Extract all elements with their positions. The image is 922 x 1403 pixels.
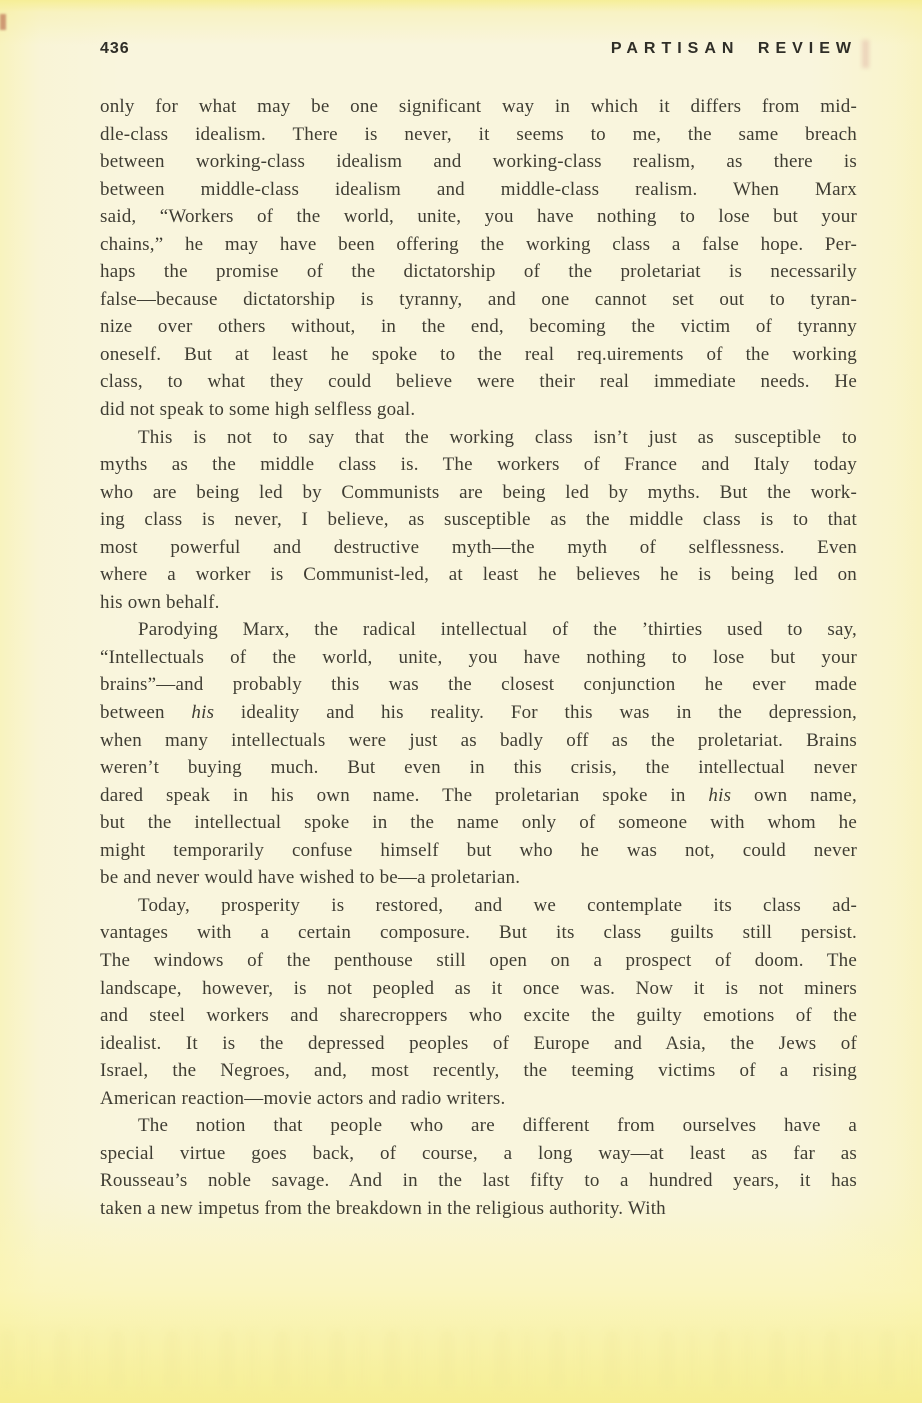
text-line: said, “Workers of the world, unite, you …	[100, 203, 857, 231]
text-line: Israel, the Negroes, and, most recently,…	[100, 1057, 857, 1085]
text-line: but the intellectual spoke in the name o…	[100, 809, 857, 837]
text-line: myths as the middle class is. The worker…	[100, 451, 857, 479]
text-line: weren’t buying much. But even in this cr…	[100, 754, 857, 782]
text-line: vantages with a certain composure. But i…	[100, 919, 857, 947]
scan-artifact-pink-smudge	[862, 40, 869, 68]
text-line: dle-class idealism. There is never, it s…	[100, 121, 857, 149]
text-line: landscape, however, is not peopled as it…	[100, 975, 857, 1003]
text-line: did not speak to some high selfless goal…	[100, 396, 857, 424]
text-line: be and never would have wished to be—a p…	[100, 864, 857, 892]
text-line: The windows of the penthouse still open …	[100, 947, 857, 975]
text-line: most powerful and destructive myth—the m…	[100, 534, 857, 562]
scan-artifact-showthrough	[0, 1330, 922, 1390]
page-body: only for what may be one significant way…	[100, 93, 857, 1222]
text-line: and steel workers and sharecroppers who …	[100, 1002, 857, 1030]
text-line: might temporarily confuse himself but wh…	[100, 837, 857, 865]
text-line: Rousseau’s noble savage. And in the last…	[100, 1167, 857, 1195]
text-line: nize over others without, in the end, be…	[100, 313, 857, 341]
text-line: dared speak in his own name. The proleta…	[100, 782, 857, 810]
text-line: false—because dictatorship is tyranny, a…	[100, 286, 857, 314]
text-line: where a worker is Communist-led, at leas…	[100, 561, 857, 589]
page-header: 436 PARTISAN REVIEW	[100, 40, 857, 58]
text-line: class, to what they could believe were t…	[100, 368, 857, 396]
text-line: his own behalf.	[100, 589, 857, 617]
text-line: who are being led by Communists are bein…	[100, 479, 857, 507]
text-line: special virtue goes back, of course, a l…	[100, 1140, 857, 1168]
page-number: 436	[100, 40, 130, 58]
text-line: ing class is never, I believe, as suscep…	[100, 506, 857, 534]
text-line: “Intellectuals of the world, unite, you …	[100, 644, 857, 672]
text-line: only for what may be one significant way…	[100, 93, 857, 121]
text-line: oneself. But at least he spoke to the re…	[100, 341, 857, 369]
text-line: Parodying Marx, the radical intellectual…	[100, 616, 857, 644]
journal-title: PARTISAN REVIEW	[611, 40, 857, 58]
text-line: brains”—and probably this was the closes…	[100, 671, 857, 699]
scanned-page: 436 PARTISAN REVIEW only for what may be…	[0, 0, 922, 1403]
text-line: Today, prosperity is restored, and we co…	[100, 892, 857, 920]
text-line: haps the promise of the dictatorship of …	[100, 258, 857, 286]
text-line: The notion that people who are different…	[100, 1112, 857, 1140]
text-line: when many intellectuals were just as bad…	[100, 727, 857, 755]
text-line: This is not to say that the working clas…	[100, 424, 857, 452]
text-line: idealist. It is the depressed peoples of…	[100, 1030, 857, 1058]
text-line: between his ideality and his reality. Fo…	[100, 699, 857, 727]
text-line: taken a new impetus from the breakdown i…	[100, 1195, 857, 1223]
text-line: between working-class idealism and worki…	[100, 148, 857, 176]
scan-artifact-red-speck	[0, 14, 6, 30]
text-line: American reaction—movie actors and radio…	[100, 1085, 857, 1113]
text-line: between middle-class idealism and middle…	[100, 176, 857, 204]
text-line: chains,” he may have been offering the w…	[100, 231, 857, 259]
